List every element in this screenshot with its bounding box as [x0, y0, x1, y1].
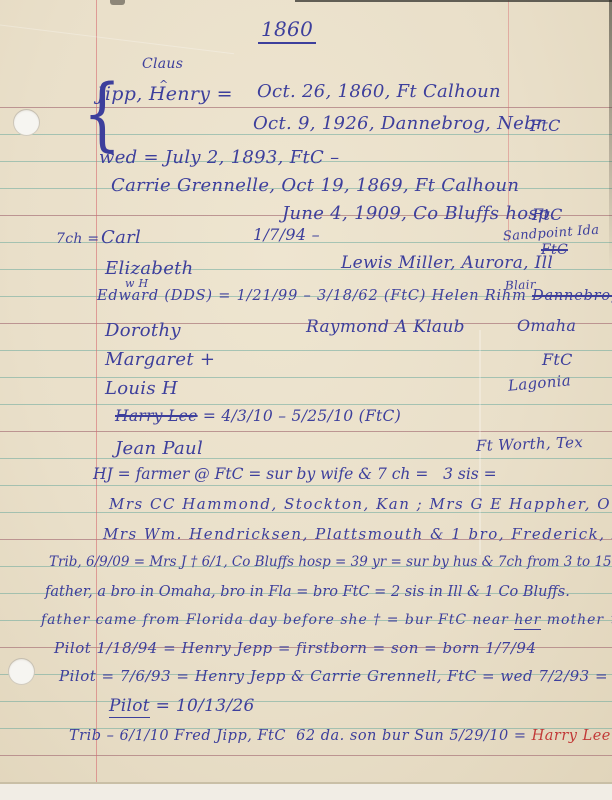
mother-death: June 4, 1909, Co Bluffs hosp. [282, 204, 556, 225]
note-trib-1910: Trib – 6/1/10 Fred Jipp, FtC 62 da. son … [69, 728, 611, 745]
scanner-background-strip [0, 784, 612, 800]
mother-death-place: FtC [532, 206, 563, 224]
child-spouse-dorothy: Raymond A Klaub [306, 318, 465, 338]
year-heading: 1860 [258, 18, 316, 41]
harry-lee-struck: Harry Lee [115, 407, 198, 425]
father-birth: Oct. 26, 1860, Ft Calhoun [257, 82, 501, 103]
child-edward-insertion-blair: Blair [505, 278, 537, 293]
pilot-1926-word: Pilot [109, 696, 150, 718]
father-death: Oct. 9, 1926, Dannebrog, Nebr [253, 114, 545, 135]
harry-lee-dates: = 4/3/10 – 5/25/10 (FtC) [198, 407, 401, 425]
note-sisters-2: Mrs Wm. Hendricksen, Plattsmouth & 1 bro… [103, 526, 612, 543]
note-trib-1909-a: Trib, 6/9/09 = Mrs J † 6/1, Co Bluffs ho… [49, 555, 612, 571]
edward-struck-dannebrog: Dannebrog [532, 288, 612, 304]
child-date-carl: 1/7/94 – [253, 226, 320, 244]
child-name-carl: Carl [101, 228, 141, 249]
paper-crease-diagonal [0, 23, 234, 54]
father-death-place: FtC [530, 117, 561, 135]
child-name-dorothy: Dorothy [105, 321, 181, 342]
wedding-line: wed = July 2, 1893, FtC – [99, 148, 339, 169]
scan-edge-notch [110, 0, 125, 5]
children-count-label: 7ch = [56, 231, 99, 247]
punch-hole-bottom [8, 658, 35, 685]
child-spouse-elizabeth: Lewis Miller, Aurora, Ill [341, 254, 553, 274]
note-pilot-1926: Pilot = 10/13/26 [109, 697, 255, 717]
paper-sheet: 1860 Claus ^ { Jipp, Henry = Oct. 26, 18… [0, 0, 612, 784]
child-name-jean-paul: Jean Paul [115, 439, 203, 460]
child-place-dorothy: Omaha [517, 317, 576, 335]
trib-1910-red-harry-lee: Harry Lee [532, 728, 611, 744]
note-trib-1909-c: father came from Florida day before she … [41, 612, 612, 628]
edward-text-pre: Edward (DDS) = 1/21/99 – 3/18/62 (FtC) H… [97, 288, 532, 304]
pilot-1926-rest: = 10/13/26 [150, 696, 255, 716]
note-pilot-1894: Pilot 1/18/94 = Henry Jepp = firstborn =… [54, 640, 537, 657]
father-name: Jipp, Henry = [97, 84, 233, 106]
father-insertion-claus: Claus [142, 56, 183, 72]
child-name-margaret: Margaret + [105, 350, 215, 371]
scanned-notebook-page: 1860 Claus ^ { Jipp, Henry = Oct. 26, 18… [0, 0, 612, 800]
trib-1909-c-underlined: her [514, 612, 541, 630]
child-line-harry-lee: Harry Lee = 4/3/10 – 5/25/10 (FtC) [115, 408, 401, 426]
child-name-louis: Louis H [105, 379, 178, 400]
child-place-margaret: FtC [542, 351, 573, 369]
mother-name-birth: Carrie Grennelle, Oct 19, 1869, Ft Calho… [111, 176, 519, 197]
trib-1909-c-pre: father came from Florida day before she … [41, 612, 514, 628]
trib-1909-c-post: mother × [541, 612, 612, 628]
note-pilot-1893: Pilot = 7/6/93 = Henry Jepp & Carrie Gre… [59, 668, 612, 685]
note-trib-1909-b: father, a bro in Omaha, bro in Fla = bro… [45, 584, 570, 601]
trib-1910-blue: Trib – 6/1/10 Fred Jipp, FtC 62 da. son … [69, 728, 532, 744]
punch-hole-top [13, 109, 40, 136]
note-obit-summary: HJ = farmer @ FtC = sur by wife & 7 ch =… [93, 466, 497, 484]
note-sisters-1: Mrs CC Hammond, Stockton, Kan ; Mrs G E … [109, 496, 612, 513]
scan-edge-top [295, 0, 612, 2]
child-name-elizabeth: Elizabeth [105, 259, 194, 280]
